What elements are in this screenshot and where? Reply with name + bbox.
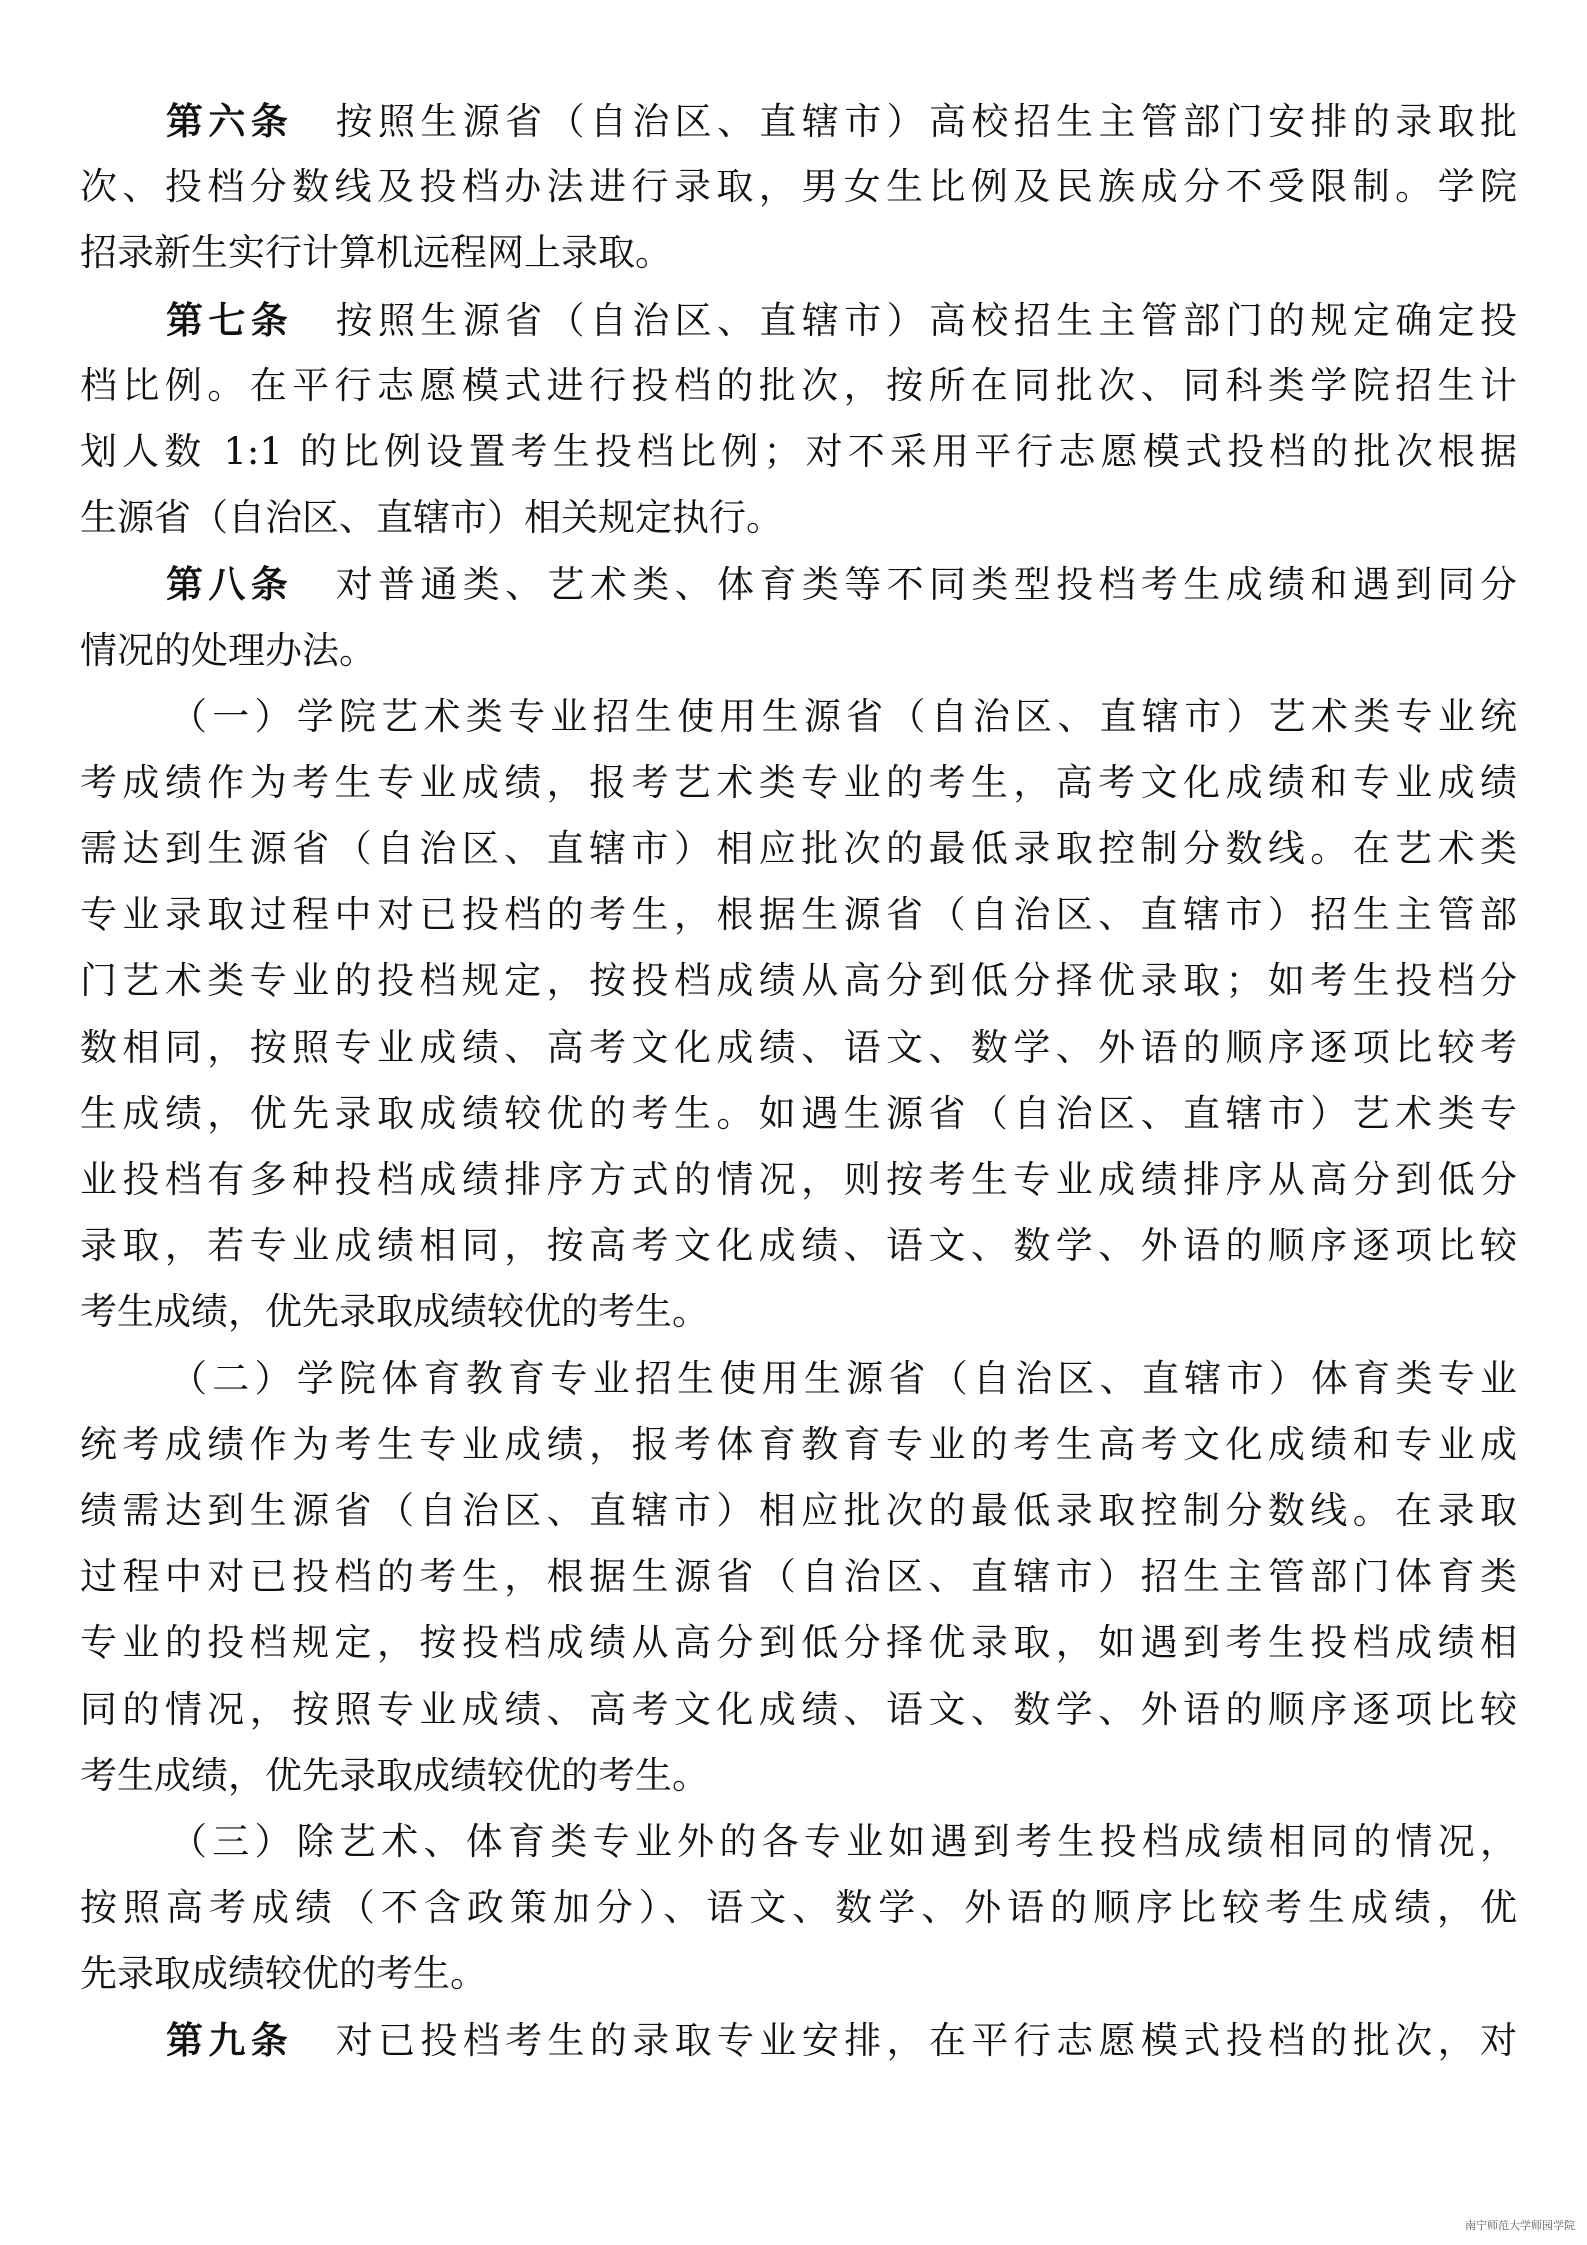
item-1-line-7: 生成绩，优先录取成绩较优的考生。如遇生源省（自治区、直辖市）艺术类专: [80, 1081, 1517, 1147]
watermark: 南宁师范大学师园学院: [1465, 2217, 1575, 2233]
item-3-line-2: 按照高考成绩（不含政策加分）、语文、数学、外语的顺序比较考生成绩，优: [80, 1875, 1517, 1941]
document-body: 第六条 按照生源省（自治区、直辖市）高校招生主管部门安排的录取批 次、投档分数线…: [80, 88, 1517, 2074]
item-2-line-1: （二）学院体育教育专业招生使用生源省（自治区、直辖市）体育类专业: [80, 1346, 1517, 1412]
item-1-line-8: 业投档有多种投档成绩排序方式的情况，则按考生专业成绩排序从高分到低分: [80, 1147, 1517, 1213]
item-2-line-4: 过程中对已投档的考生，根据生源省（自治区、直辖市）招生主管部门体育类: [80, 1544, 1517, 1610]
article-6-line-3: 招录新生实行计算机远程网上录取。: [80, 220, 1517, 286]
item-1-line-5: 门艺术类专业的投档规定，按投档成绩从高分到低分择优录取；如考生投档分: [80, 948, 1517, 1014]
article-9-line-1: 第九条 对已投档考生的录取专业安排，在平行志愿模式投档的批次，对: [80, 2007, 1517, 2073]
item-2-line-5: 专业的投档规定，按投档成绩从高分到低分择优录取，如遇到考生投档成绩相: [80, 1610, 1517, 1676]
item-1-line-4: 专业录取过程中对已投档的考生，根据生源省（自治区、直辖市）招生主管部: [80, 882, 1517, 948]
article-6-line-1: 第六条 按照生源省（自治区、直辖市）高校招生主管部门安排的录取批: [80, 88, 1517, 154]
article-heading: 第六条: [166, 99, 293, 143]
item-1-line-2: 考成绩作为考生专业成绩，报考艺术类专业的考生，高考文化成绩和专业成绩: [80, 750, 1517, 816]
article-8-line-1: 第八条 对普通类、艺术类、体育类等不同类型投档考生成绩和遇到同分: [80, 551, 1517, 617]
article-heading: 第七条: [166, 298, 293, 342]
document-page: 第六条 按照生源省（自治区、直辖市）高校招生主管部门安排的录取批 次、投档分数线…: [0, 0, 1587, 2245]
item-1-line-3: 需达到生源省（自治区、直辖市）相应批次的最低录取控制分数线。在艺术类: [80, 816, 1517, 882]
article-heading: 第八条: [166, 562, 293, 606]
item-2-line-3: 绩需达到生源省（自治区、直辖市）相应批次的最低录取控制分数线。在录取: [80, 1478, 1517, 1544]
item-3-line-1: （三）除艺术、体育类专业外的各专业如遇到考生投档成绩相同的情况，: [80, 1809, 1517, 1875]
article-heading: 第九条: [166, 2018, 293, 2062]
article-7-line-3: 划人数 1:1 的比例设置考生投档比例；对不采用平行志愿模式投档的批次根据: [80, 419, 1517, 485]
article-7-line-4: 生源省（自治区、直辖市）相关规定执行。: [80, 485, 1517, 551]
article-7-line-1: 第七条 按照生源省（自治区、直辖市）高校招生主管部门的规定确定投: [80, 287, 1517, 353]
item-1-line-10: 考生成绩，优先录取成绩较优的考生。: [80, 1279, 1517, 1345]
item-1-line-1: （一）学院艺术类专业招生使用生源省（自治区、直辖市）艺术类专业统: [80, 684, 1517, 750]
item-2-line-6: 同的情况，按照专业成绩、高考文化成绩、语文、数学、外语的顺序逐项比较: [80, 1677, 1517, 1743]
item-2-line-2: 统考成绩作为考生专业成绩，报考体育教育专业的考生高考文化成绩和专业成: [80, 1412, 1517, 1478]
item-2-line-7: 考生成绩，优先录取成绩较优的考生。: [80, 1743, 1517, 1809]
item-1-line-9: 录取，若专业成绩相同，按高考文化成绩、语文、数学、外语的顺序逐项比较: [80, 1213, 1517, 1279]
item-3-line-3: 先录取成绩较优的考生。: [80, 1941, 1517, 2007]
article-8-line-2: 情况的处理办法。: [80, 618, 1517, 684]
article-7-line-2: 档比例。在平行志愿模式进行投档的批次，按所在同批次、同科类学院招生计: [80, 353, 1517, 419]
item-1-line-6: 数相同，按照专业成绩、高考文化成绩、语文、数学、外语的顺序逐项比较考: [80, 1015, 1517, 1081]
article-6-line-2: 次、投档分数线及投档办法进行录取，男女生比例及民族成分不受限制。学院: [80, 154, 1517, 220]
